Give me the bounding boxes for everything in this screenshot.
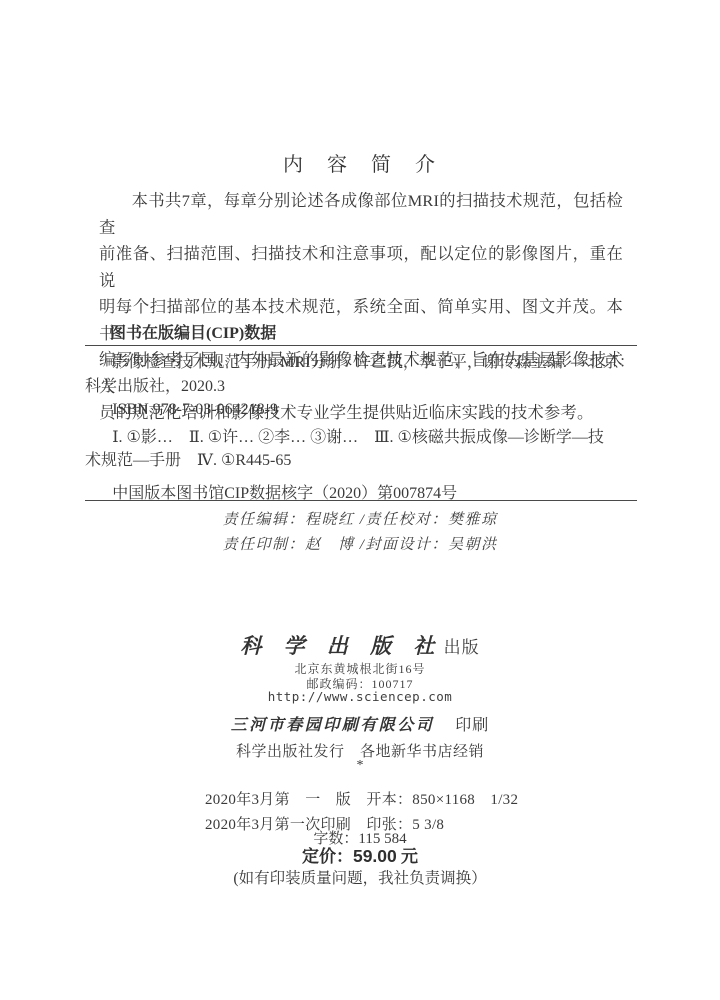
publisher-suffix-label: 出版: [444, 638, 480, 657]
printer-name: 三河市春园印刷有限公司: [231, 717, 435, 734]
edition-line: 2020年3月第 一 版 开本：850×1168 1/32: [205, 788, 518, 813]
cip-divider-bottom: [85, 500, 637, 501]
intro-line: 本书共7章，每章分别论述各成像部位MRI的扫描技术规范，包括检查: [99, 188, 623, 241]
intro-line: 前准备、扫描范围、扫描技术和注意事项，配以定位的影像图片，重在说: [99, 241, 623, 294]
intro-title: 内 容 简 介: [0, 148, 720, 177]
price-unit: 元: [397, 847, 418, 866]
cip-record-number: 中国版本图书馆CIP数据核字（2020）第007874号: [85, 482, 641, 506]
cip-section: 影像检查技术规范手册. MRI分册 / 许乙凯，李子平，谢传淼主编. —北京： …: [85, 351, 641, 505]
cip-classification: Ⅰ. ①影… Ⅱ. ①许… ②李… ③谢… Ⅲ. ①核磁共振成像—诊断学—技: [85, 426, 641, 450]
printer-suffix-label: 印刷: [438, 717, 489, 734]
quality-note: (如有印装质量问题，我社负责调换）: [0, 866, 720, 888]
price-value: 59.00: [353, 846, 397, 866]
cip-isbn: ISBN 978-7-03-064218-9: [85, 398, 641, 422]
printer-line: 三河市春园印刷有限公司 印刷: [0, 712, 720, 735]
printing-credit-line: 责任印制：赵 博 /封面设计：吴朝洪: [0, 533, 720, 554]
publisher-website: http://www.sciencep.com: [0, 689, 720, 704]
cip-book-line: 科学出版社，2020.3: [85, 375, 641, 399]
cip-book-line: 影像检查技术规范手册. MRI分册 / 许乙凯，李子平，谢传淼主编. —北京：: [85, 351, 641, 375]
price-line: 定价：59.00 元: [0, 842, 720, 867]
cip-classification: 术规范—手册 Ⅳ. ①R445-65: [85, 449, 641, 473]
publisher-logo: 科 学 出 版 社: [240, 634, 439, 658]
price-label: 定价：: [302, 847, 353, 866]
divider-star: *: [0, 758, 720, 774]
editor-credit-line: 责任编辑：程晓红 /责任校对：樊雅琼: [0, 508, 720, 529]
publisher-line: 科 学 出 版 社 出版: [0, 630, 720, 660]
cip-divider-top: [85, 345, 637, 346]
copyright-page: 内 容 简 介 本书共7章，每章分别论述各成像部位MRI的扫描技术规范，包括检查…: [0, 0, 720, 1000]
cip-header: 图书在版编目(CIP)数据: [110, 320, 276, 343]
